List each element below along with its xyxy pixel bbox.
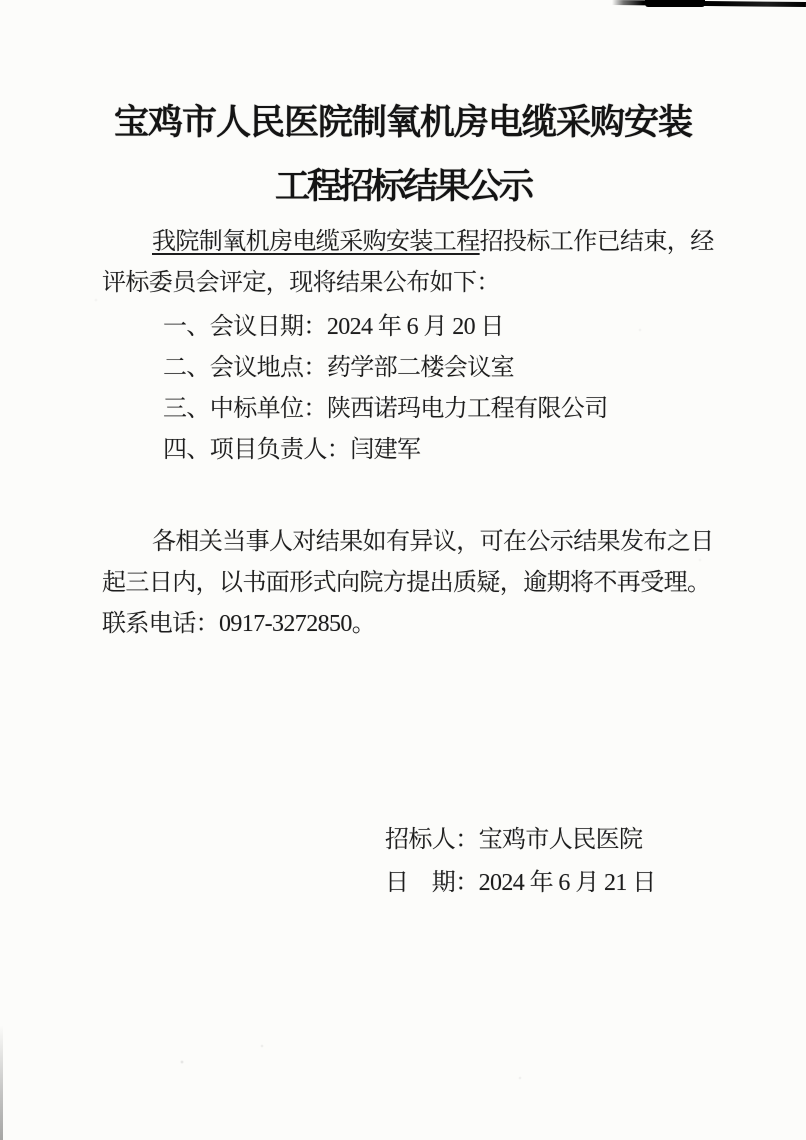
bidder-value: 宝鸡市人民医院	[479, 827, 643, 853]
item-label: 三、中标单位：	[163, 396, 327, 422]
list-item-meeting-place: 二、会议地点：药学部二楼会议室	[102, 348, 705, 389]
item-value: 闫建军	[350, 437, 420, 463]
signature-date-line: 日 期：2024 年 6 月 21 日	[385, 862, 806, 905]
scan-artifact-left-edge	[0, 1025, 3, 1140]
date-label: 日 期：	[385, 870, 479, 896]
document-title-line1: 宝鸡市人民医院制氧机房电缆采购安装	[0, 100, 806, 146]
notice-paragraph-line2: 起三日内，以书面形式向院方提出质疑，逾期将不再受理。	[102, 563, 705, 604]
intro-paragraph-line2: 评标委员会评定，现将结果公布如下：	[102, 263, 705, 304]
item-value: 药学部二楼会议室	[327, 355, 514, 381]
intro-underlined-project-name: 我院制氧机房电缆采购安装工程	[152, 229, 480, 255]
list-item-meeting-date: 一、会议日期：2024 年 6 月 20 日	[102, 307, 705, 348]
list-item-winning-bidder: 三、中标单位：陕西诺玛电力工程有限公司	[102, 389, 705, 430]
notice-paragraph-line1: 各相关当事人对结果如有异议，可在公示结果发布之日	[102, 522, 705, 563]
intro-paragraph-line1: 我院制氧机房电缆采购安装工程招投标工作已结束，经	[102, 222, 705, 263]
item-label: 二、会议地点：	[163, 355, 327, 381]
signature-bidder-line: 招标人：宝鸡市人民医院	[385, 819, 806, 862]
signature-block: 招标人：宝鸡市人民医院 日 期：2024 年 6 月 21 日	[385, 819, 806, 905]
item-label: 一、会议日期：	[163, 314, 327, 340]
item-label: 四、项目负责人：	[163, 437, 350, 463]
list-item-project-leader: 四、项目负责人：闫建军	[102, 430, 705, 471]
document-title-line2: 工程招标结果公示	[0, 164, 806, 210]
bidder-label: 招标人：	[385, 827, 479, 853]
notice-contact-phone-line: 联系电话：0917-3272850。	[102, 604, 705, 645]
scan-artifact-top-blob	[645, 0, 705, 7]
item-value: 陕西诺玛电力工程有限公司	[327, 396, 608, 422]
scan-artifact-top-edge	[612, 0, 806, 7]
date-value: 2024 年 6 月 21 日	[479, 870, 656, 896]
intro-line1-rest: 招投标工作已结束，经	[480, 229, 714, 255]
item-value: 2024 年 6 月 20 日	[327, 314, 504, 340]
scanned-document-page: 宝鸡市人民医院制氧机房电缆采购安装 工程招标结果公示 我院制氧机房电缆采购安装工…	[0, 0, 806, 1140]
